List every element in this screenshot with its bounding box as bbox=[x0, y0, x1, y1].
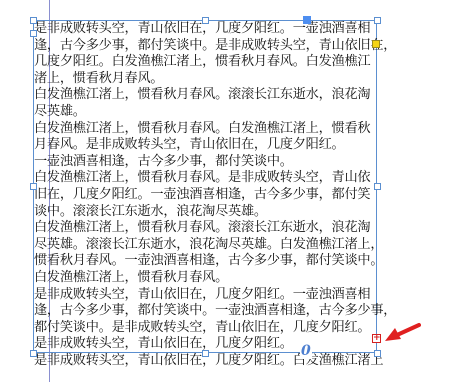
text-line: 谈中。滚滚长江东逝水，浪花淘尽英雄。 bbox=[34, 204, 379, 221]
resize-handle-bottom-middle[interactable] bbox=[202, 350, 209, 357]
overset-text-icon[interactable]: + bbox=[372, 334, 381, 343]
text-line: 白发渔樵江渚上，惯看秋月春风。 bbox=[34, 270, 379, 287]
text-line: 逢，古今多少事，都付笑谈中。是非成败转头空，青山依旧在， bbox=[34, 38, 379, 55]
text-out-port[interactable] bbox=[372, 40, 380, 48]
text-line: 白发渔樵江渚上，惯看秋月春风。滚滚长江东逝水，浪花淘 bbox=[34, 87, 379, 104]
text-line: 是非成败转头空，青山依旧在，几度夕阳红。一壶浊酒喜相 bbox=[34, 287, 379, 304]
resize-handle-top-middle[interactable] bbox=[202, 17, 209, 24]
resize-handle-bottom-left[interactable] bbox=[30, 350, 37, 357]
text-line: 逢，古今多少事，都付笑谈中。一壶浊酒喜相逢，古今多少事， bbox=[34, 303, 379, 320]
text-line: 渚上，惯看秋月春风。 bbox=[34, 71, 379, 88]
center-point-handle[interactable] bbox=[303, 16, 311, 24]
text-line: 旧在，几度夕阳红。一壶浊酒喜相逢，古今多少事，都付笑 bbox=[34, 187, 379, 204]
text-line: 惯看秋月春风。一壶浊酒喜相逢，古今多少事，都付笑谈中。 bbox=[34, 253, 379, 270]
text-line: 白发渔樵江渚上，惯看秋月春风。白发渔樵江渚上，惯看秋 bbox=[34, 121, 379, 138]
resize-handle-top-left[interactable] bbox=[30, 17, 37, 24]
resize-handle-middle-right[interactable] bbox=[374, 183, 381, 190]
text-line: 一壶浊酒喜相逢，古今多少事，都付笑谈中。 bbox=[34, 154, 379, 171]
red-arrow-annotation-icon bbox=[383, 322, 421, 344]
text-frame-content[interactable]: 是非成败转头空，青山依旧在，几度夕阳红。一壶浊酒喜相 逢，古今多少事，都付笑谈中… bbox=[34, 21, 379, 369]
text-line: 白发渔樵江渚上，惯看秋月春风。是非成败转头空，青山依 bbox=[34, 170, 379, 187]
resize-handle-bottom-right[interactable] bbox=[374, 350, 381, 357]
text-line: 都付笑谈中。是非成败转头空，青山依旧在，几度夕阳红。 bbox=[34, 320, 379, 337]
resize-handle-middle-left[interactable] bbox=[30, 183, 37, 190]
text-line: 尽英雄。滚滚长江东逝水，浪花淘尽英雄。白发渔樵江渚上， bbox=[34, 237, 379, 254]
resize-handle-top-right[interactable] bbox=[374, 17, 381, 24]
text-line: 几度夕阳红。白发渔樵江渚上，惯看秋月春风。白发渔樵江 bbox=[34, 54, 379, 71]
text-line: 尽英雄。 bbox=[34, 104, 379, 121]
bottom-baseline-marker: 0 bbox=[300, 343, 312, 359]
text-in-port[interactable] bbox=[30, 30, 37, 37]
text-line: 白发渔樵江渚上，惯看秋月春风。滚滚长江东逝水，浪花淘 bbox=[34, 220, 379, 237]
text-line: 月春风。是非成败转头空，青山依旧在，几度夕阳红。 bbox=[34, 137, 379, 154]
